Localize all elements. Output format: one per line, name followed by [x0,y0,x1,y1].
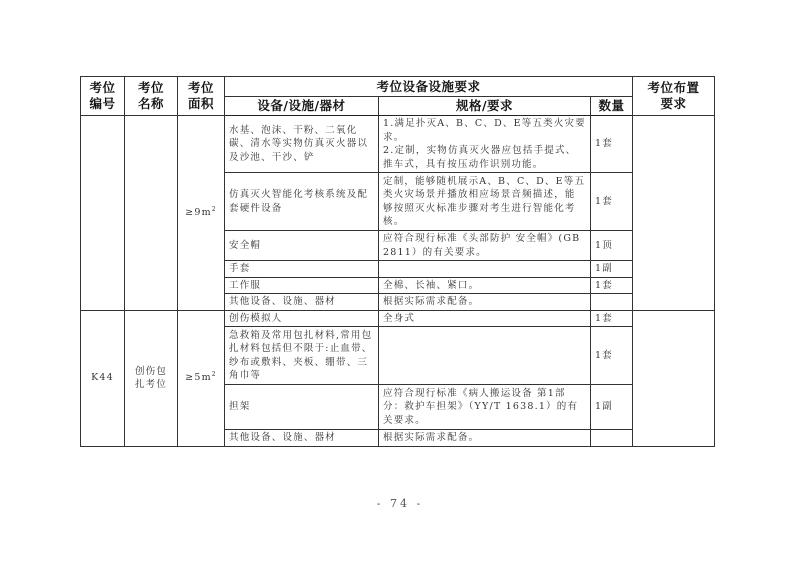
station-name-cell [125,116,178,311]
equipment-requirements-table: 考位编号 考位名称 考位面积 考位设备设施要求 考位布置要求 设备/设施/器材 … [80,76,715,447]
quantity-cell: 1套 [591,116,633,173]
layout-cell [633,116,715,311]
spec-cell: 1.满足扑灭A、B、C、D、E等五类火灾要求。 2.定制，实物仿真灭火器应包括手… [379,116,591,173]
table-row: ≥9m2 水基、泡沫、干粉、二氧化碳、清水等实物仿真灭火器以及沙池、干沙、铲 1… [81,116,715,173]
header-spec: 规格/要求 [379,97,591,116]
equipment-cell: 创伤模拟人 [225,310,379,327]
header-station-area: 考位面积 [178,77,225,116]
header-station-id: 考位编号 [81,77,125,116]
quantity-cell [591,294,633,311]
layout-cell [633,310,715,446]
quantity-cell: 1套 [591,173,633,231]
equipment-cell: 水基、泡沫、干粉、二氧化碳、清水等实物仿真灭火器以及沙池、干沙、铲 [225,116,379,173]
document-page: 考位编号 考位名称 考位面积 考位设备设施要求 考位布置要求 设备/设施/器材 … [0,0,800,566]
page-number: - 74 - [0,497,800,510]
station-name-cell: 创伤包扎考位 [125,310,178,446]
station-area-cell: ≥5m2 [178,310,225,446]
header-quantity: 数量 [591,97,633,116]
quantity-cell [591,430,633,447]
table-row: K44 创伤包扎考位 ≥5m2 创伤模拟人 全身式 1套 [81,310,715,327]
equipment-cell: 安全帽 [225,231,379,261]
spec-cell: 全身式 [379,310,591,327]
quantity-cell: 1套 [591,327,633,385]
quantity-cell: 1副 [591,261,633,278]
equipment-cell: 手套 [225,261,379,278]
station-area-cell: ≥9m2 [178,116,225,311]
spec-cell: 根据实际需求配备。 [379,430,591,447]
spec-cell: 根据实际需求配备。 [379,294,591,311]
equipment-cell: 仿真灭火智能化考核系统及配套硬件设备 [225,173,379,231]
equipment-cell: 急救箱及常用包扎材料,常用包扎材料包括但不限于:止血带、纱布或敷料、夹板、绷带、… [225,327,379,385]
quantity-cell: 1顶 [591,231,633,261]
quantity-cell: 1副 [591,385,633,430]
header-layout: 考位布置要求 [633,77,715,116]
spec-cell: 应符合现行标准《头部防护 安全帽》(GB 2811）的有关要求。 [379,231,591,261]
quantity-cell: 1套 [591,310,633,327]
header-equipment-group: 考位设备设施要求 [225,77,633,97]
station-id-cell: K44 [81,310,125,446]
spec-cell [379,261,591,278]
quantity-cell: 1套 [591,277,633,294]
equipment-cell: 其他设备、设施、器材 [225,294,379,311]
spec-cell: 定制，能够随机展示A、B、C、D、E等五类火灾场景并播放相应场景音频描述，能够按… [379,173,591,231]
header-equipment: 设备/设施/器材 [225,97,379,116]
header-station-name: 考位名称 [125,77,178,116]
spec-cell: 应符合现行标准《病人搬运设备 第1部分：救护车担架》（YY/T 1638.1）的… [379,385,591,430]
station-id-cell [81,116,125,311]
equipment-cell: 工作服 [225,277,379,294]
equipment-cell: 其他设备、设施、器材 [225,430,379,447]
equipment-cell: 担架 [225,385,379,430]
spec-cell [379,327,591,385]
spec-cell: 全棉、长袖、紧口。 [379,277,591,294]
